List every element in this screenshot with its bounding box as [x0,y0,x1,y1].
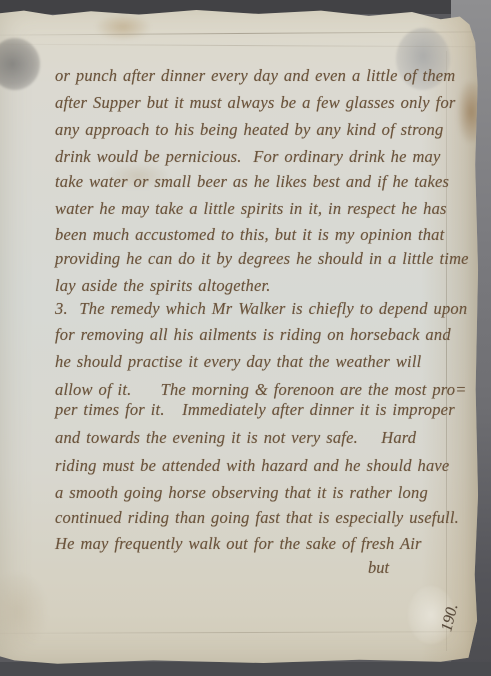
backdrop-top-band [0,0,491,14]
manuscript-line: 3. The remedy which Mr Walker is chiefly… [55,297,467,321]
manuscript-line: a smooth going horse observing that it i… [55,481,428,505]
manuscript-line: He may frequently walk out for the sake … [55,532,422,556]
catchword: but [368,558,389,578]
manuscript-line: drink would be pernicious. For ordinary … [55,145,441,169]
manuscript-line: water he may take a little spirits in it… [55,197,447,221]
manuscript-line: and towards the evening it is not very s… [55,426,416,450]
letter-body: or punch after dinner every day and even… [0,6,479,667]
manuscript-line: riding must be attended with hazard and … [55,454,449,478]
manuscript-line: for removing all his ailments is riding … [55,323,451,347]
manuscript-line: any approach to his being heated by any … [55,118,443,142]
manuscript-line: per times for it. Immediately after dinn… [55,398,455,422]
manuscript-line: take water or small beer as he likes bes… [55,170,449,194]
manuscript-page: or punch after dinner every day and even… [0,6,479,667]
manuscript-line: or punch after dinner every day and even… [55,64,455,88]
manuscript-line: lay aside the spirits altogether. [55,274,271,298]
manuscript-line: he should practise it every day that the… [55,350,421,374]
manuscript-line: providing he can do it by degrees he sho… [55,247,469,271]
manuscript-line: continued riding than going fast that is… [55,506,459,530]
backdrop-bottom-band [0,662,491,676]
manuscript-line: been much accustomed to this, but it is … [55,223,444,247]
manuscript-line: after Supper but it must always be a few… [55,91,456,115]
